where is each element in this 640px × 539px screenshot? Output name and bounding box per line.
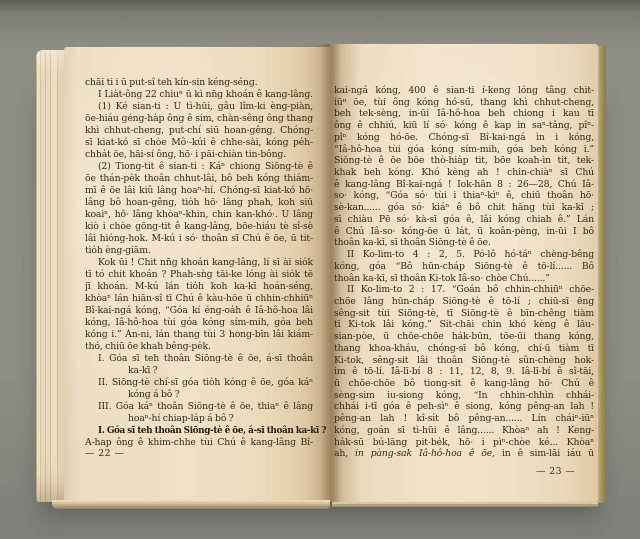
text-line: ū chōe-chōe bô tiong-sit ê kang-lâng hō·… [334, 378, 594, 390]
text-line: “Iâ-hô-hoa tùi góa kóng sím-mih, góa beh… [334, 144, 594, 156]
text-line: Kok ūi ! Chit nn̄g khoán kang-lâng, lí s… [85, 257, 313, 269]
text-line: koaiⁿ, hō· lâng khòaⁿ-khin, chin kan-khó… [85, 209, 313, 221]
text-line: pîⁿ kóng hó-ōe. Chóng-sī Bî-kai-ngá ìn i… [334, 132, 594, 144]
left-page-text: chāi ti i ū put-sî teh kín-sin kéng-séng… [85, 77, 313, 449]
text-line: II Ko-lim-to 2 : 17. “Goán bô chhin-chhi… [334, 284, 594, 296]
text-segment: ah, [334, 448, 355, 459]
text-line: ōe thán-pe̍k thoân chhut-lâi, bô beh kón… [85, 173, 313, 185]
text-line: tī tó chit khoán ? Phah-sǹg tāi-ke lóng … [85, 269, 313, 281]
left-page-number: — 22 — [85, 448, 124, 459]
text-line: (2) Tiong-tit ê sian-ti : Káⁿ chiong Siō… [85, 161, 313, 173]
text-line: kai-ngá kóng, 400 ê sian-ti í-keng lóng … [334, 85, 594, 97]
text-line: thoân ka-kī, sī thoân Siōng-tè ê ōe. [334, 237, 594, 249]
open-book-photo: chāi ti i ū put-sî teh kín-sin kéng-séng… [0, 0, 640, 539]
text-line: sèng-sim iu-siong kóng, “In chhìn-chhìn … [334, 390, 594, 402]
text-line: tio̍h èng-giām. [85, 245, 313, 257]
text-line: tī Ki-tok lâi kóng.” Sit-chāi chin khó k… [334, 319, 594, 331]
text-line: kóng i.” Án-ni, lán thang tùi 3 hong-bīn… [85, 329, 313, 341]
book-fore-edge [598, 46, 606, 503]
text-line: so· kóng, “Góa só· tùi i thiaⁿ-kìⁿ ê, ch… [334, 190, 594, 202]
text-line: khak beh kóng. Khó kèng ah ! chin-chiàⁿ … [334, 167, 594, 179]
text-line: I Lia̍t-ông 22 chiuⁿ ū kì nn̄g khoán ê k… [85, 89, 313, 101]
text-line: sian-pòe, ū chōe-chōe ha̍k-būn, tōe-ūi t… [334, 331, 594, 343]
text-line: ê Chú Iâ-so· kóng-ōe ū la̍t, ū koân-pèng… [334, 226, 594, 238]
right-page-number: — 23 — [536, 466, 575, 477]
text-line: chāi ti i ū put-sî teh kín-sin kéng-séng… [85, 77, 313, 89]
text-line: thoân ka-kī, sī thoân Ki-tok Iâ-so· chòe… [334, 273, 594, 285]
text-line: mī ê ōe lâi kiû lâng hoaⁿ-hí. Chóng-sī k… [85, 185, 313, 197]
text-line: III. Góa káⁿ thoân Siōng-tè ê ōe, thiaⁿ … [85, 401, 313, 413]
text-line: ông ê chhiú, kiū lí só· kóng ê kap in sa… [334, 120, 594, 132]
text-line: jī khoán. M̄-kú lán tio̍h koh ka-kī hoán… [85, 281, 313, 293]
text-line: lâng bô hoan-gêng, tio̍h hō· lâng phah, … [85, 197, 313, 209]
text-line: sī kiat-kó sī chòe Mô·-kúi ê chhe-sài, k… [85, 137, 313, 149]
left-page-edge-stack [36, 50, 65, 502]
text-line: I. Góa sī teh thoân Siōng-tè ê ōe, á-sī … [85, 425, 313, 437]
text-line: Ki-tok, sêng-sit lâi thoân Siōng-tè sûn-… [334, 355, 594, 367]
text-line: ha̍k-sū bú-lāng pit-be̍k, hō· i pìⁿ-chòe… [334, 437, 594, 449]
text-line: lâi hióng-hok. M̄-kú i só· thoân sī Chú … [85, 233, 313, 245]
text-line: kóng á bô ? [85, 389, 313, 401]
text-line: pêng-an lah ! kî-si̍t bô pêng-an...... L… [334, 413, 594, 425]
text-line: ê kang-lâng Bî-kai-ngá ! Iok-hān 8 : 26—… [334, 179, 594, 191]
text-line: beh tek-sèng, in-ūi Iâ-hô-hoa beh chiong… [334, 108, 594, 120]
text-line: II Ko-lim-to 4 : 2, 5. Pó-lô hó-táⁿ chèn… [334, 249, 594, 261]
italic-text-segment: in pàng-sak Iâ-hô-hoa ê ōe, [355, 448, 495, 459]
text-line: ah, in pàng-sak Iâ-hô-hoa ê ōe, in ê sim… [334, 448, 594, 460]
text-line: chha̍t ōe, hāi-sí ông, hō· i pāi-chiàn t… [85, 149, 313, 161]
text-line: sī chiàu Pē só· kà-sī góa ê, lâi kóng ch… [334, 214, 594, 226]
text-line: I. Góa sī teh thoân Siōng-tè ê ōe, á-sī … [85, 353, 313, 365]
text-line: kiò i chòe gōng-tit ê kang-lâng, bōe-hiá… [85, 221, 313, 233]
text-line: kóng, góa “Bô hūn-cháp Siōng-tè ê tō-lí.… [334, 261, 594, 273]
text-line: sè-kan...... góa só· kiáⁿ ê bô chit hāng… [334, 202, 594, 214]
text-line: ōe-hiáu géng-ha̍p ông ê sim, chàn-sêng ô… [85, 113, 313, 125]
text-line: Bî-kai-ngá kóng, “Góa kí éng-oa̍h ê Iâ-h… [85, 305, 313, 317]
left-bottom-page-edges [52, 500, 330, 509]
text-line: khòaⁿ lán hiān-sî tī Chú ê kàu-hōe ū chh… [85, 293, 313, 305]
text-line: kóng, Iâ-hô-hoa tùi góa kóng sím-mih, gó… [85, 317, 313, 329]
text-line: Siōng-tè ê ōe bōe thò-hia̍p tit, bōe koa… [334, 155, 594, 167]
text-line: hoaⁿ-hí chiap-la̍p á bô ? [85, 413, 313, 425]
text-line: kóng, goán sī tì-hūi ê lâng...... Khòaⁿ … [334, 425, 594, 437]
text-line: im ê tō-lí. Iâ-lī-bí 8 : 11, 12, 8, 9. I… [334, 366, 594, 378]
text-line: thang khoa-kháu, chóng-sī bô kóng, chí-ū… [334, 343, 594, 355]
text-line: iūⁿ ōe, tùi ông kóng hó-sū, thang khì ch… [334, 97, 594, 109]
text-line: chōe lâng hūn-cháp Siōng-tè ê tō-lí ; ch… [334, 296, 594, 308]
text-line: (1) Ké sian-ti : Ū tì-hūi, gâu lîm-ki èn… [85, 101, 313, 113]
text-line: II. Siōng-tè chí-sī góa tio̍h kóng ê ōe,… [85, 377, 313, 389]
text-line: thó, chiū ōe khah bêng-pe̍k. [85, 341, 313, 353]
text-segment: in ê sim-lāi iáu ū [495, 448, 594, 459]
text-line: chhái i-tī góa ê peh-sìⁿ ê siong, kóng p… [334, 401, 594, 413]
text-line: ka-kī ? [85, 365, 313, 377]
text-line: khì chhut-cheng, put-chí siū hoan-gêng. … [85, 125, 313, 137]
right-page-text: kai-ngá kóng, 400 ê sian-ti í-keng lóng … [334, 85, 594, 460]
text-line: sêng-sit tùi Siōng-tè, tī Siōng-tè ê bīn… [334, 308, 594, 320]
right-bottom-page-edges [332, 502, 598, 507]
